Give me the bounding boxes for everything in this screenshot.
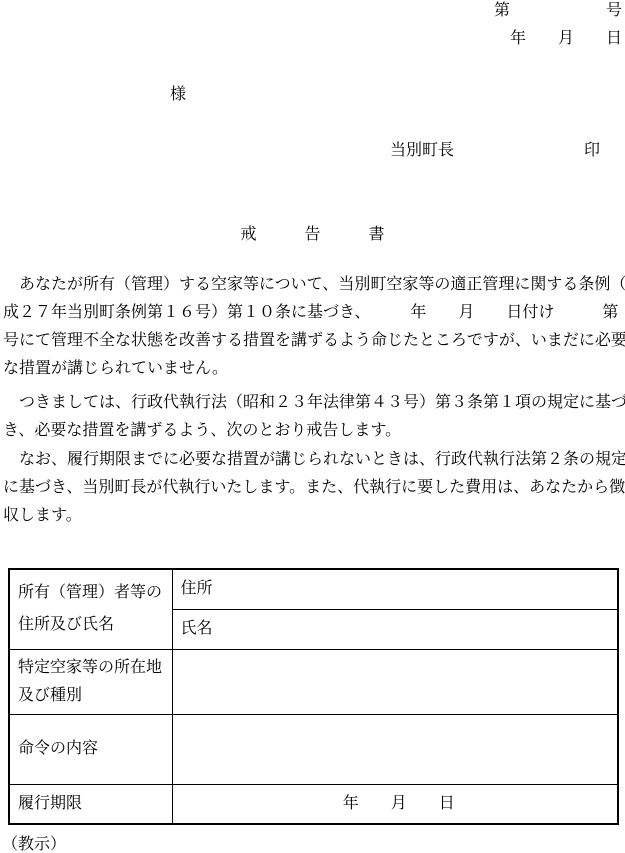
address-field-cell: 住所 xyxy=(172,569,618,609)
doc-date-line: 年 月 日 xyxy=(510,31,622,47)
location-label-line: 特定空家等の所在地 xyxy=(18,654,172,682)
paragraph-admonition: つきましては、行政代執行法（昭和２３年法律第４３号）第３条第１項の規定に基づ き… xyxy=(3,389,625,445)
deadline-value: 年 月 日 xyxy=(343,795,455,812)
owner-label-cell: 所有（管理）者等の 住所及び氏名 xyxy=(9,569,172,649)
paragraph-basis: あなたが所有（管理）する空家等について、当別町空家等の適正管理に関する条例（平 … xyxy=(3,271,625,383)
body-line: 収します。 xyxy=(3,502,625,530)
body-line: な措置が講じられていません。 xyxy=(3,355,625,383)
location-label-line: 及び種別 xyxy=(18,682,172,710)
deadline-value-cell: 年 月 日 xyxy=(172,784,618,824)
location-label-cell: 特定空家等の所在地 及び種別 xyxy=(9,649,172,714)
seal-mark: 印 xyxy=(584,143,600,159)
body-line: 成２７年当別町条例第１６号）第１０条に基づき、 年 月 日付け 第 xyxy=(3,299,625,327)
name-label: 氏名 xyxy=(181,620,213,637)
addressee-honorific: 様 xyxy=(170,87,186,103)
table-row: 特定空家等の所在地 及び種別 xyxy=(9,649,618,714)
instruction-note: （教示） xyxy=(2,837,66,853)
order-label-cell: 命令の内容 xyxy=(9,714,172,784)
document-title: 戒 告 書 xyxy=(0,227,625,243)
body-line: に基づき、当別町長が代執行いたします。また、代執行に要した費用は、あなたから徴 xyxy=(3,474,625,502)
body-line: つきましては、行政代執行法（昭和２３年法律第４３号）第３条第１項の規定に基づ xyxy=(3,389,625,417)
issuer-title: 当別町長 xyxy=(390,143,454,159)
deadline-label-cell: 履行期限 xyxy=(9,784,172,824)
body-line: あなたが所有（管理）する空家等について、当別町空家等の適正管理に関する条例（平 xyxy=(3,271,625,299)
table-row: 命令の内容 xyxy=(9,714,618,784)
owner-label-line: 住所及び氏名 xyxy=(18,609,172,641)
owner-label-line: 所有（管理）者等の xyxy=(18,577,172,609)
body-line: 号にて管理不全な状態を改善する措置を講ずるよう命じたところですが、いまだに必要 xyxy=(3,327,625,355)
body-line: き、必要な措置を講ずるよう、次のとおり戒告します。 xyxy=(3,417,625,445)
deadline-label: 履行期限 xyxy=(18,790,172,818)
document-page: 第 号 年 月 日 様 当別町長 印 戒 告 書 あなたが所有（管理）する空家等… xyxy=(0,0,625,853)
location-value-cell xyxy=(172,649,618,714)
table-row: 所有（管理）者等の 住所及び氏名 住所 xyxy=(9,569,618,609)
address-label: 住所 xyxy=(181,580,213,597)
paragraph-execution: なお、履行期限までに必要な措置が講じられないときは、行政代執行法第２条の規定 に… xyxy=(3,446,625,530)
order-label: 命令の内容 xyxy=(18,735,172,763)
doc-number-line: 第 号 xyxy=(494,3,622,19)
order-value-cell xyxy=(172,714,618,784)
table-row: 履行期限 年 月 日 xyxy=(9,784,618,824)
details-table: 所有（管理）者等の 住所及び氏名 住所 氏名 特定空家等の所在地 及び種別 命令… xyxy=(8,568,619,825)
body-line: なお、履行期限までに必要な措置が講じられないときは、行政代執行法第２条の規定 xyxy=(3,446,625,474)
name-field-cell: 氏名 xyxy=(172,609,618,649)
